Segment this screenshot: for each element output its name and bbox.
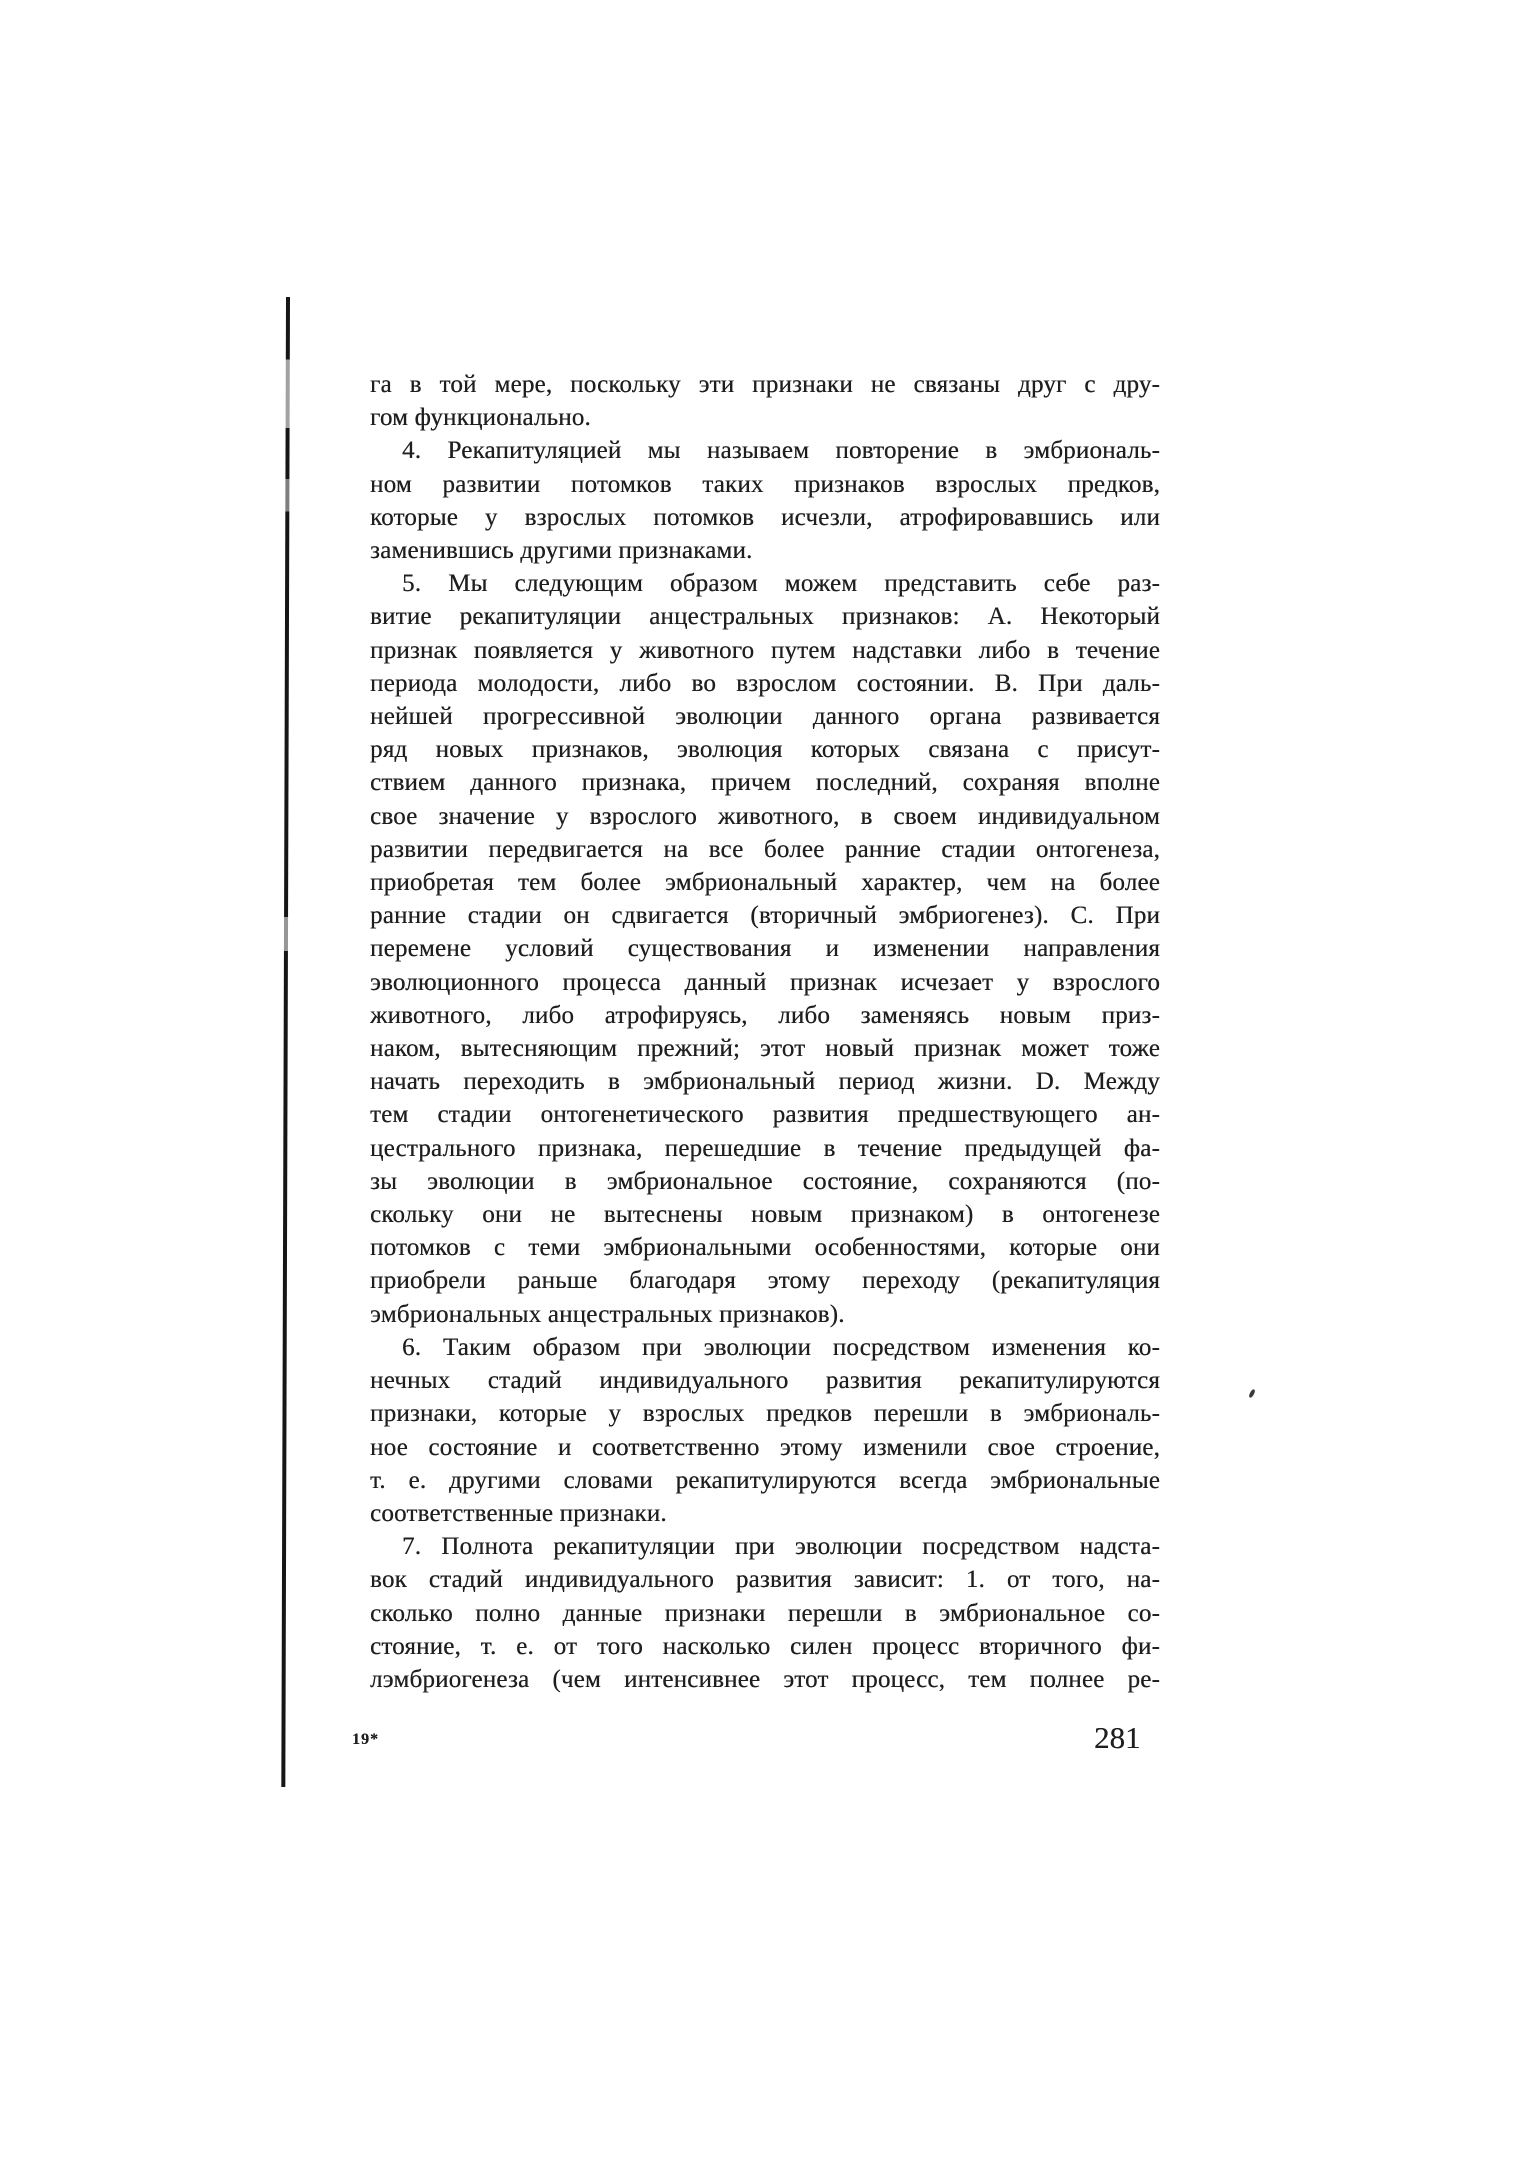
text-line: цестрального признака, перешедшие в тече… <box>370 1132 1160 1165</box>
text-line: ном развитии потомков таких признаков вз… <box>370 468 1160 501</box>
scanned-book-page: { "body": { "lines": [ {"t": "га в той м… <box>0 0 1527 2160</box>
text-line: ряд новых признаков, эволюция которых св… <box>370 733 1160 766</box>
ink-speck <box>1248 1389 1256 1399</box>
text-line: животного, либо атрофируясь, либо заменя… <box>370 999 1160 1032</box>
text-line: приобретая тем более эмбриональный харак… <box>370 866 1160 899</box>
text-line: 7. Полнота рекапитуляции при эволюции по… <box>370 1530 1160 1563</box>
text-line: ствием данного признака, причем последни… <box>370 766 1160 799</box>
text-line: нечных стадий индивидуального развития р… <box>370 1364 1160 1397</box>
text-line: скольку они не вытеснены новым признаком… <box>370 1198 1160 1231</box>
text-line: развитии передвигается на все более ранн… <box>370 833 1160 866</box>
text-line: начать переходить в эмбриональный период… <box>370 1065 1160 1098</box>
text-line: перемене условий существования и изменен… <box>370 932 1160 965</box>
body-text: га в той мере, поскольку эти признаки не… <box>370 368 1160 1696</box>
text-line: признак появляется у животного путем над… <box>370 634 1160 667</box>
page-number: 281 <box>1094 1720 1141 1756</box>
text-line: которые у взрослых потомков исчезли, атр… <box>370 501 1160 534</box>
text-line: ное состояние и соответственно этому изм… <box>370 1431 1160 1464</box>
text-line: нейшей прогрессивной эволюции данного ор… <box>370 700 1160 733</box>
text-line: 5. Мы следующим образом можем представит… <box>370 567 1160 600</box>
text-line: эволюционного процесса данный признак ис… <box>370 966 1160 999</box>
text-line: га в той мере, поскольку эти признаки не… <box>370 368 1160 401</box>
text-line: тем стадии онтогенетического развития пр… <box>370 1098 1160 1131</box>
signature-mark: 19* <box>352 1731 379 1749</box>
text-line: гом функционально. <box>370 401 1160 434</box>
text-line: приобрели раньше благодаря этому переход… <box>370 1264 1160 1297</box>
gutter-line <box>281 297 290 1787</box>
text-line: ранние стадии он сдвигается (вторичный э… <box>370 899 1160 932</box>
text-line: эмбриональных анцестральных признаков). <box>370 1298 1160 1331</box>
text-line: т. е. другими словами рекапитулируются в… <box>370 1464 1160 1497</box>
text-line: наком, вытесняющим прежний; этот новый п… <box>370 1032 1160 1065</box>
text-line: зы эволюции в эмбриональное состояние, с… <box>370 1165 1160 1198</box>
text-line: лэмбриогенеза (чем интенсивнее этот проц… <box>370 1663 1160 1696</box>
text-line: 4. Рекапитуляцией мы называем повторение… <box>370 434 1160 467</box>
text-line: витие рекапитуляции анцестральных призна… <box>370 600 1160 633</box>
text-line: периода молодости, либо во взрослом сост… <box>370 667 1160 700</box>
text-line: вок стадий индивидуального развития зави… <box>370 1563 1160 1596</box>
text-line: 6. Таким образом при эволюции посредство… <box>370 1331 1160 1364</box>
text-line: сколько полно данные признаки перешли в … <box>370 1597 1160 1630</box>
text-line: признаки, которые у взрослых предков пер… <box>370 1397 1160 1430</box>
text-line: свое значение у взрослого животного, в с… <box>370 800 1160 833</box>
text-line: соответственные признаки. <box>370 1497 1160 1530</box>
text-line: заменившись другими признаками. <box>370 534 1160 567</box>
text-line: потомков с теми эмбриональными особеннос… <box>370 1231 1160 1264</box>
text-line: стояние, т. е. от того насколько силен п… <box>370 1630 1160 1663</box>
